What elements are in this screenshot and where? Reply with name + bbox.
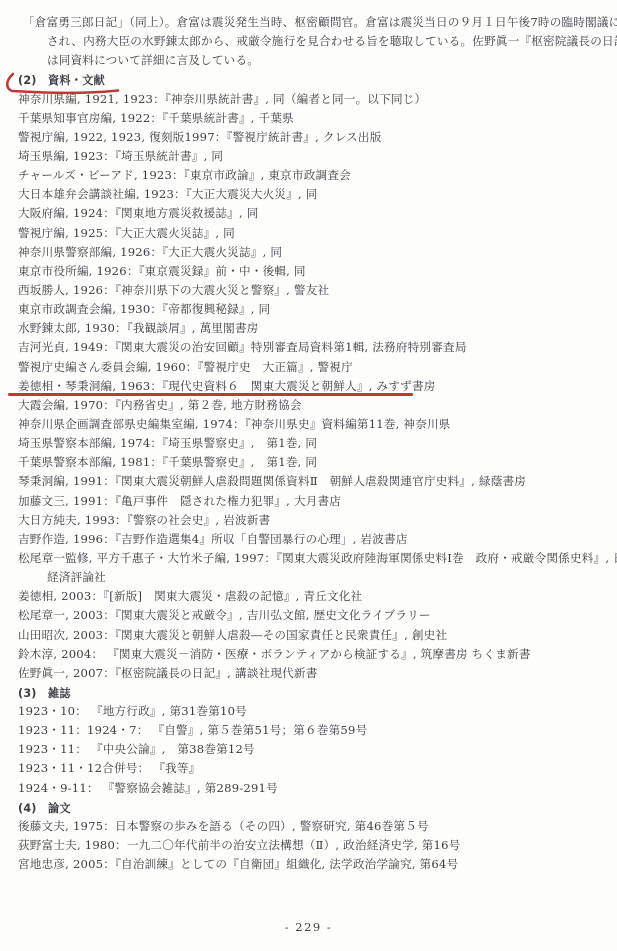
magazine-entry: 1923・11：1924・7： 『自警』, 第５巻第51号；第６巻第59号 bbox=[18, 721, 613, 740]
reference-entry: 山田昭次, 2003：『関東大震災と朝鮮人虐殺―その国家責任と民衆責任』, 創史… bbox=[18, 626, 613, 645]
reference-entry: 大日方純夫, 1993：『警察の社会史』, 岩波新書 bbox=[18, 511, 613, 530]
page-content: 「倉富勇三郎日記」（同上）。倉富は震災発生当時、枢密顧問官。倉富は震災当日の９月… bbox=[18, 13, 613, 874]
reference-entry: 埼玉県編, 1923：『埼玉県統計書』, 同 bbox=[18, 147, 613, 166]
reference-entry: 大日本雄弁会講談社編, 1923：『大正大震災大火災』, 同 bbox=[18, 185, 613, 204]
reference-entry: 松尾章一監修, 平方千惠子・大竹米子編, 1997：『関東大震災政府陸海軍関係史… bbox=[18, 549, 613, 568]
reference-entry: 吉河光貞, 1949：『関東大震災の治安回顧』特別審査局資料第1輯, 法務府特別… bbox=[18, 338, 613, 357]
reference-entry: 佐野眞一, 2007：『枢密院議長の日記』, 講談社現代新書 bbox=[18, 664, 613, 683]
reference-entry-highlighted: 姜徳相・琴秉洞編, 1963：『現代史資料６ 関東大震災と朝鮮人』, みすず書房 bbox=[18, 377, 613, 396]
section-heading-papers: (4) 論文 bbox=[18, 798, 613, 817]
section-heading-text: (4) 論文 bbox=[18, 802, 71, 815]
reference-entry: 埼玉県警察本部編, 1974：『埼玉県警察史』, 第1巻, 同 bbox=[18, 434, 613, 453]
reference-entry-continuation: 経済評論社 bbox=[18, 568, 613, 587]
reference-entry: 琴秉洞編, 1991：『関東大震災朝鮮人虐殺問題関係資料Ⅱ 朝鮮人虐殺関連官庁史… bbox=[18, 472, 613, 491]
reference-entry: 警視庁史編さん委員会編, 1960：『警視庁史 大正篇』, 警視庁 bbox=[18, 358, 613, 377]
reference-entry: 大霞会編, 1970：『内務省史』, 第２巻, 地方財務協会 bbox=[18, 396, 613, 415]
reference-entry: 神奈川県警察部編, 1926：『大正大震火災誌』, 同 bbox=[18, 243, 613, 262]
paper-entry: 後藤文夫, 1975：日本警察の歩みを語る（その四）, 警察研究, 第46巻第５… bbox=[18, 817, 613, 836]
reference-entry: 姜徳相, 2003：『[新版] 関東大震災・虐殺の記憶』, 青丘文化社 bbox=[18, 587, 613, 606]
magazine-entry: 1923・11・12合併号： 『我等』 bbox=[18, 759, 613, 778]
reference-entry: 東京市政調査会編, 1930：『帝都復興秘録』, 同 bbox=[18, 300, 613, 319]
reference-entry: 加藤文三, 1991：『亀戸事件 隠された権力犯罪』, 大月書店 bbox=[18, 492, 613, 511]
section-heading-magazines: (3) 雑誌 bbox=[18, 683, 613, 702]
reference-entry: 警視庁編, 1925：『大正大震火災誌』, 同 bbox=[18, 224, 613, 243]
document-page: 「倉富勇三郎日記」（同上）。倉富は震災発生当時、枢密顧問官。倉富は震災当日の９月… bbox=[0, 0, 617, 951]
magazine-entry: 1923・11： 『中央公論』, 第38巻第12号 bbox=[18, 740, 613, 759]
reference-entry: 鈴木淳, 2004： 『関東大震災－消防・医療・ボランティアから検証する』, 筑… bbox=[18, 645, 613, 664]
reference-entry: 大阪府編, 1924：『関東地方震災救援誌』, 同 bbox=[18, 204, 613, 223]
reference-entry: 西坂勝人, 1926：『神奈川県下の大震火災と警察』, 警友社 bbox=[18, 281, 613, 300]
reference-entry-text: 姜徳相・琴秉洞編, 1963：『現代史資料６ 関東大震災と朝鮮人』, みすず書房 bbox=[18, 379, 436, 393]
reference-entry: 吉野作造, 1996：『吉野作造選集4』所収「自警団暴行の心理」, 岩波書店 bbox=[18, 530, 613, 549]
intro-line: され、内務大臣の水野錬太郎から、戒厳令施行を見合わせる旨を聴取している。佐野眞一… bbox=[18, 32, 613, 51]
magazine-entry: 1923・10： 『地方行政』, 第31巻第10号 bbox=[18, 702, 613, 721]
section-heading-text: (2) 資料・文献 bbox=[18, 74, 105, 87]
reference-entry: 千葉県警察本部編, 1981：『千葉県警察史』, 第1巻, 同 bbox=[18, 453, 613, 472]
red-underline-annotation bbox=[8, 393, 413, 396]
reference-entry: 松尾章一, 2003：『関東大震災と戒厳令』, 吉川弘文館, 歴史文化ライブラリ… bbox=[18, 606, 613, 625]
paper-entry: 宮地忠彦, 2005：『自治訓練』としての『自衛団』組織化, 法学政治学論究, … bbox=[18, 855, 613, 874]
reference-entry: 神奈川県企画調査部県史編集室編, 1974：『神奈川県史』資料編第11巻, 神奈… bbox=[18, 415, 613, 434]
intro-line: は同資料について詳細に言及している。 bbox=[18, 51, 613, 70]
reference-entry: 千葉県知事官房編, 1922：『千葉県統計書』, 千葉県 bbox=[18, 109, 613, 128]
reference-entry: 神奈川県編, 1921, 1923：『神奈川県統計書』, 同（編者と同一。以下同… bbox=[18, 90, 613, 109]
reference-entry: 水野錬太郎, 1930：『我観談屑』, 萬里閣書房 bbox=[18, 319, 613, 338]
section-heading-text: (3) 雑誌 bbox=[18, 687, 71, 700]
magazine-entry: 1924・9-11： 『警察協会雑誌』, 第289-291号 bbox=[18, 779, 613, 798]
intro-line: 「倉富勇三郎日記」（同上）。倉富は震災発生当時、枢密顧問官。倉富は震災当日の９月… bbox=[18, 13, 613, 32]
paper-entry: 荻野富士夫, 1980：一九二〇年代前半の治安立法構想（Ⅱ）, 政治経済史学, … bbox=[18, 836, 613, 855]
page-number: - 229 - bbox=[0, 920, 617, 934]
section-heading-materials: (2) 資料・文献 bbox=[18, 70, 613, 89]
reference-entry: チャールズ・ビーアド, 1923：『東京市政論』, 東京市政調査会 bbox=[18, 166, 613, 185]
reference-entry: 東京市役所編, 1926：『東京震災録』前・中・後輯, 同 bbox=[18, 262, 613, 281]
reference-entry: 警視庁編, 1922, 1923, 復刻版1997：『警視庁統計書』, クレス出… bbox=[18, 128, 613, 147]
